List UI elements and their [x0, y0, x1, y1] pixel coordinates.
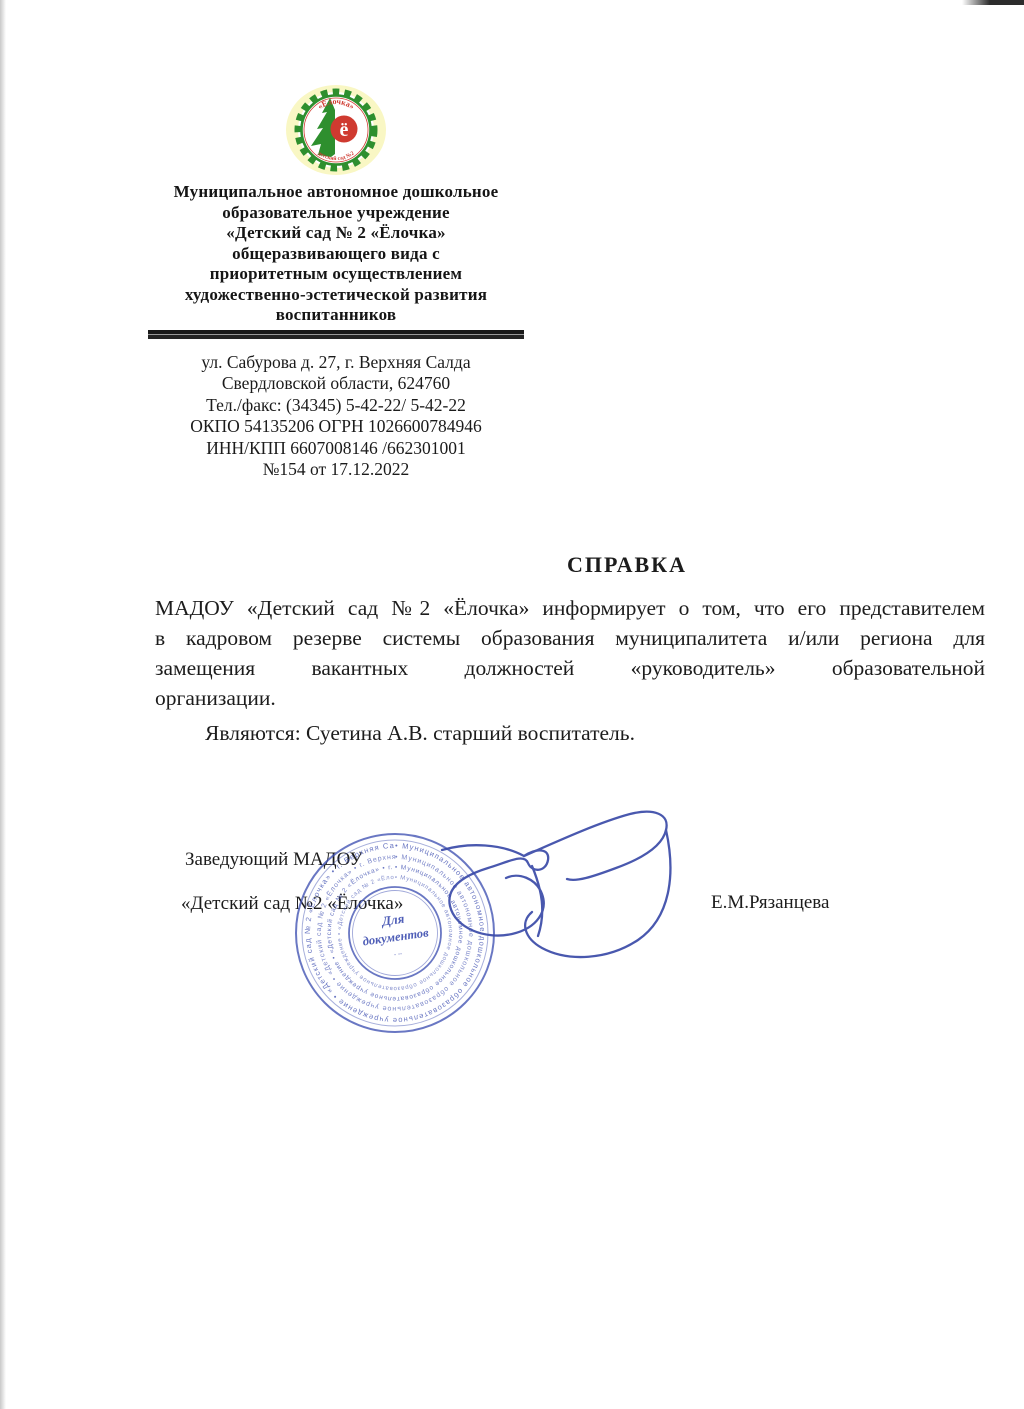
round-stamp: • Муниципальное автономное дошкольное об… — [280, 800, 494, 1032]
org-inn-kpp-line: ИНН/КПП 6607008146 /662301001 — [148, 438, 524, 460]
org-contacts-block: ул. Сабурова д. 27, г. Верхняя Салда Све… — [148, 352, 524, 481]
org-name-line: художественно-эстетической развития — [148, 285, 524, 306]
doc-number-date: №154 от 17.12.2022 — [148, 459, 524, 481]
stamp-and-signature: • Муниципальное автономное дошкольное об… — [280, 800, 720, 1060]
stamp-center-line1: Для — [380, 911, 405, 929]
org-logo: ё «Ёлочка» детский сад №2 — [284, 84, 388, 180]
body-line: замещения вакантных должностей «руководи… — [155, 653, 985, 683]
document-title: СПРАВКА — [567, 552, 687, 578]
signer-name: Е.М.Рязанцева — [711, 892, 829, 914]
org-address-line: Свердловской области, 624760 — [148, 373, 524, 395]
body-line: МАДОУ «Детский сад №2 «Ёлочка» информиру… — [155, 593, 985, 623]
logo-letter: ё — [340, 119, 349, 141]
stamp-center-line2: документов — [362, 925, 430, 948]
body-line: организации. — [155, 683, 985, 713]
stamp-center-line3: · ·· — [393, 949, 402, 959]
listing-line: Являются: Суетина А.В. старший воспитате… — [205, 721, 635, 746]
body-paragraph: МАДОУ «Детский сад №2 «Ёлочка» информиру… — [155, 593, 985, 713]
letterhead: ё «Ёлочка» детский сад №2 Муниципальное … — [148, 84, 524, 481]
org-okpo-ogrn-line: ОКПО 54135206 ОГРН 1026600784946 — [148, 416, 524, 438]
scanned-document-page: ё «Ёлочка» детский сад №2 Муниципальное … — [0, 0, 1024, 1409]
stamp-ring-text: • Муниципальное автономное дошкольное об… — [280, 800, 453, 991]
org-name-line: общеразвивающего вида с — [148, 244, 524, 265]
org-name-line: воспитанников — [148, 305, 524, 326]
scan-edge-artifact — [0, 0, 6, 1409]
org-name-line: «Детский сад № 2 «Ёлочка» — [148, 223, 524, 244]
signature-ink — [442, 812, 670, 957]
org-logo-emblem: ё «Ёлочка» детский сад №2 — [284, 84, 388, 180]
org-name-line: Муниципальное автономное дошкольное — [148, 182, 524, 203]
scan-corner-artifact — [962, 0, 1024, 5]
org-name-block: Муниципальное автономное дошкольное обра… — [148, 182, 524, 326]
letterhead-divider — [148, 330, 524, 339]
org-phone-line: Тел./факс: (34345) 5-42-22/ 5-42-22 — [148, 395, 524, 417]
body-line: в кадровом резерве системы образования м… — [155, 623, 985, 653]
org-address-line: ул. Сабурова д. 27, г. Верхняя Салда — [148, 352, 524, 374]
svg-text:• Муниципальное автономное дош: • Муниципальное автономное дошкольное об… — [280, 800, 453, 991]
org-name-line: образовательное учреждение — [148, 203, 524, 224]
org-name-line: приоритетным осуществлением — [148, 264, 524, 285]
